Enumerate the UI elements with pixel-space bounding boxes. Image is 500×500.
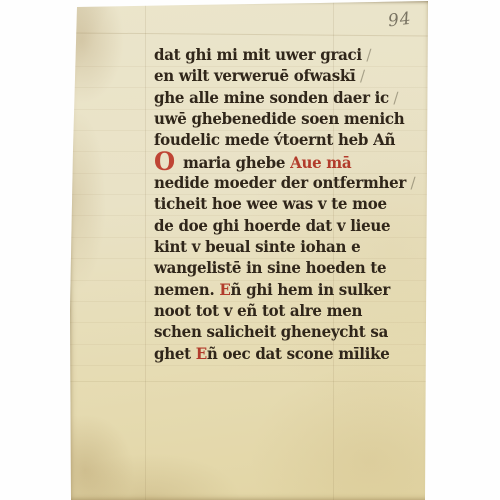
text-line: nedide moeder der ontfermher ∕ (154, 172, 406, 193)
body-text: uwē ghebenedide soen menich (154, 109, 404, 128)
rubric-text: E (196, 344, 207, 363)
text-line: ticheit hoe wee was v te moe (154, 193, 406, 214)
body-text: ñ oec dat scone mīlike (207, 344, 390, 363)
body-text: ghe alle mine sonden daer ic (154, 88, 389, 107)
body-text: ghet (154, 344, 196, 363)
body-text: dat ghi mi mit uwer graci (154, 45, 362, 64)
body-text: maria ghebe (178, 153, 290, 172)
body-text: noot tot v eñ tot alre men (154, 301, 362, 320)
manuscript-photo: dat ghi mi mit uwer graci ∕en wilt verwe… (0, 0, 500, 500)
rubric-text: E (219, 280, 230, 299)
text-line: O maria ghebe Aue mā (154, 151, 406, 172)
text-line: ghet Eñ oec dat scone mīlike (154, 343, 406, 364)
text-line: schen salicheit gheneycht sa (154, 321, 406, 342)
line-filler-mark: ∕ (406, 174, 415, 192)
line-filler-mark: ∕ (355, 67, 364, 85)
body-text: en wilt verweruē ofwaskī (154, 66, 355, 85)
text-line: uwē ghebenedide soen menich (154, 108, 406, 129)
text-line: wangelistē in sine hoeden te (154, 257, 406, 278)
folio-number: 94 (387, 9, 413, 32)
text-line: kint v beual sinte iohan e (154, 236, 406, 257)
body-text: schen salicheit gheneycht sa (154, 322, 388, 341)
ruling-top-line (70, 32, 429, 36)
text-line: noot tot v eñ tot alre men (154, 300, 406, 321)
ruling-vertical-left (145, 0, 146, 500)
text-block: dat ghi mi mit uwer graci ∕en wilt verwe… (154, 44, 406, 364)
text-line: de doe ghi hoerde dat v lieue (154, 215, 406, 236)
line-filler-mark: ∕ (389, 89, 398, 107)
manuscript-leaf: dat ghi mi mit uwer graci ∕en wilt verwe… (70, 0, 429, 500)
ruling-lower-line (70, 381, 429, 382)
text-line: foudelic mede v́toernt heb Añ (154, 129, 406, 150)
ruling-line (70, 365, 429, 366)
body-text: de doe ghi hoerde dat v lieue (154, 216, 390, 235)
body-text: nedide moeder der ontfermher (154, 173, 406, 192)
text-line: nemen. Eñ ghi hem in sulker (154, 279, 406, 300)
body-text: foudelic mede v́toernt heb Añ (154, 130, 395, 149)
text-line: en wilt verweruē ofwaskī ∕ (154, 65, 406, 86)
line-filler-mark: ∕ (362, 46, 371, 64)
text-line: dat ghi mi mit uwer graci ∕ (154, 44, 406, 65)
body-text: wangelistē in sine hoeden te (154, 258, 386, 277)
body-text: ñ ghi hem in sulker (231, 280, 391, 299)
rubric-text: Aue mā (290, 153, 351, 172)
body-text: nemen. (154, 280, 219, 299)
body-text: kint v beual sinte iohan e (154, 237, 360, 256)
text-line: ghe alle mine sonden daer ic ∕ (154, 87, 406, 108)
body-text: ticheit hoe wee was v te moe (154, 194, 387, 213)
